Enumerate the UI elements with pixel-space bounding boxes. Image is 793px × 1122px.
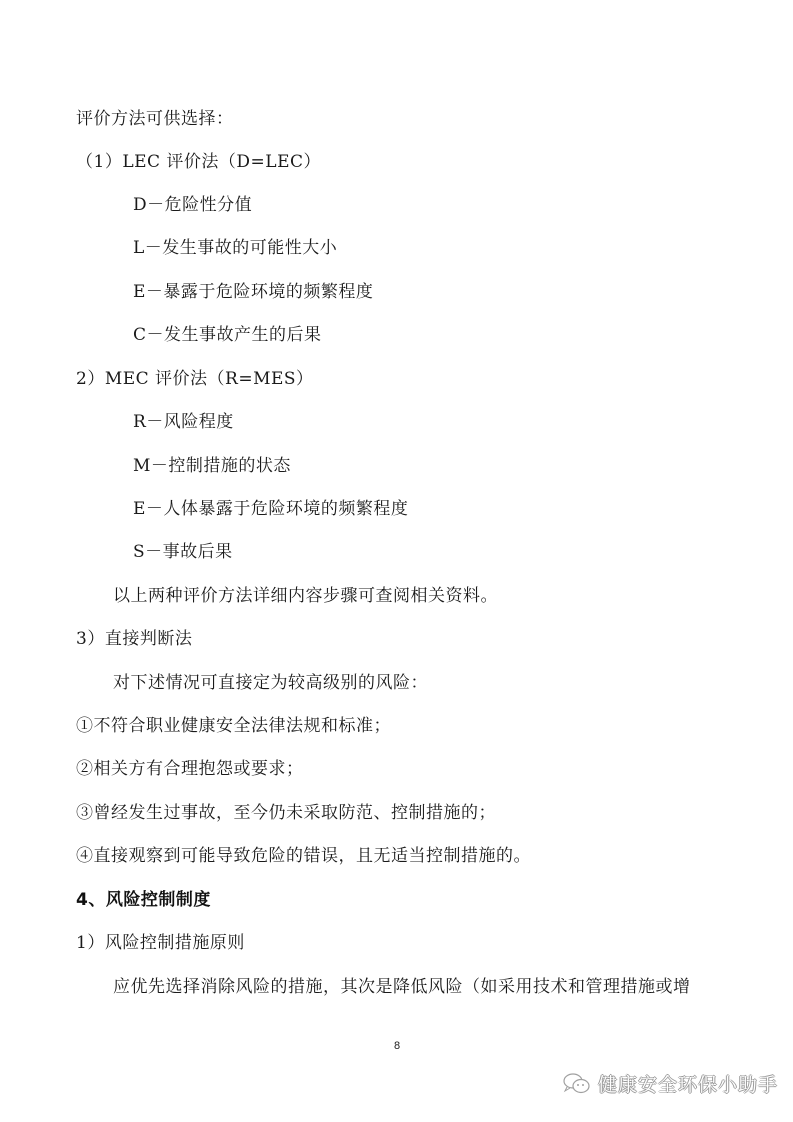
methods-note: 以上两种评价方法详细内容步骤可查阅相关资料。	[113, 585, 498, 607]
mec-item-r: R－风险程度	[133, 411, 234, 433]
page-number: 8	[394, 1040, 400, 1052]
mec-item-e: E－人体暴露于危险环境的频繁程度	[133, 498, 408, 520]
lec-heading: （1）LEC 评价法（D=LEC）	[76, 151, 321, 173]
direct-item-3: ③曾经发生过事故，至今仍未采取防范、控制措施的；	[76, 802, 496, 824]
direct-item-4: ④直接观察到可能导致危险的错误，且无适当控制措施的。	[76, 845, 531, 867]
wechat-icon	[562, 1072, 592, 1096]
document-page: 评价方法可供选择： （1）LEC 评价法（D=LEC） D－危险性分值 L－发生…	[0, 0, 793, 1122]
direct-item-2: ②相关方有合理抱怨或要求；	[76, 758, 304, 780]
lec-item-d: D－危险性分值	[133, 194, 252, 216]
mec-item-m: M－控制措施的状态	[133, 455, 291, 477]
watermark-text: 健康安全环保小助手	[598, 1070, 778, 1097]
lec-item-c: C－发生事故产生的后果	[133, 324, 322, 346]
direct-heading: 3）直接判断法	[76, 628, 192, 650]
section-4-subheading: 1）风险控制措施原则	[76, 932, 245, 954]
direct-lead: 对下述情况可直接定为较高级别的风险：	[113, 672, 428, 694]
mec-item-s: S－事故后果	[133, 541, 233, 563]
mec-heading: 2）MEC 评价法（R=MES）	[76, 368, 314, 390]
section-4-paragraph: 应优先选择消除风险的措施，其次是降低风险（如采用技术和管理措施或增	[113, 976, 691, 998]
watermark: 健康安全环保小助手	[562, 1070, 778, 1097]
intro-text: 评价方法可供选择：	[76, 108, 234, 130]
lec-item-l: L－发生事故的可能性大小	[133, 237, 337, 259]
lec-item-e: E－暴露于危险环境的频繁程度	[133, 281, 373, 303]
section-4-heading: 4、风险控制制度	[76, 889, 211, 911]
direct-item-1: ①不符合职业健康安全法律法规和标准；	[76, 715, 391, 737]
